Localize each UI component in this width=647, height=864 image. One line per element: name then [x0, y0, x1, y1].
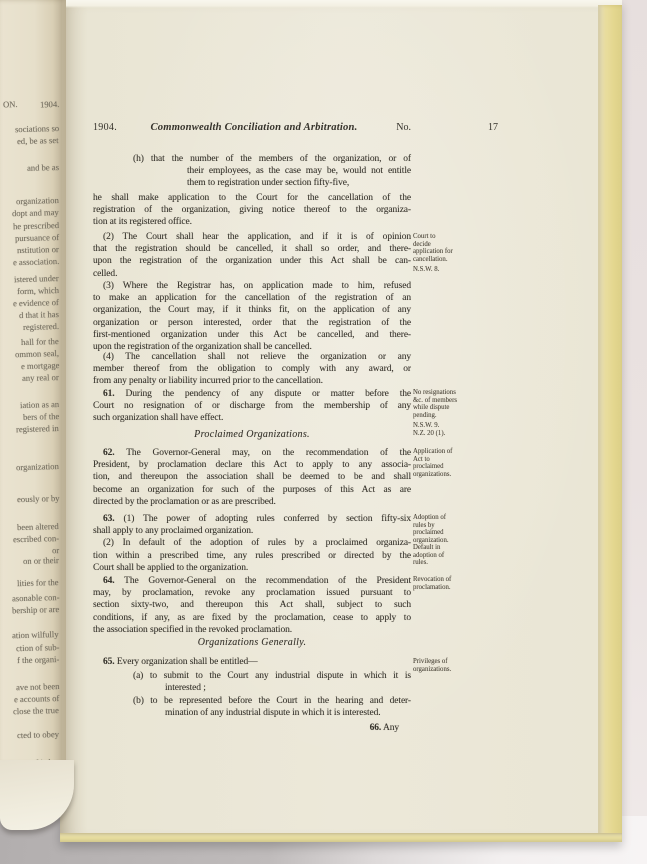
- note-line: decide: [413, 241, 495, 249]
- text-line: (h) that the number of the members of th…: [133, 153, 411, 165]
- facing-fragment: 1904.: [40, 100, 60, 110]
- facing-fragment: istered under: [14, 274, 59, 284]
- para-subsection-3: (3) Where the Registrar has, on applicat…: [93, 280, 411, 353]
- note-line: organization.: [413, 537, 495, 545]
- text-line: 66. Any: [93, 722, 411, 734]
- note-line: while dispute: [413, 404, 495, 412]
- text-line: upon the registration of the organizatio…: [93, 255, 411, 267]
- facing-fragment: ON.: [3, 100, 18, 109]
- facing-fragment: ction of sub-: [15, 643, 59, 653]
- text-line: their employees, as the case may be, wou…: [187, 165, 411, 177]
- facing-fragment: bers of the: [23, 412, 60, 422]
- facing-fragment: and be as: [27, 163, 59, 173]
- text-line: he shall make application to the Court f…: [93, 192, 411, 204]
- facing-fragment: asonable con-: [11, 593, 59, 603]
- note-line: Default in: [413, 544, 495, 552]
- item-b: (b) to be represented before the Court i…: [93, 695, 411, 719]
- text-line: Court no resignation of or discharge fro…: [93, 400, 411, 412]
- text-line: that the registration should be cancelle…: [93, 243, 411, 255]
- facing-fragment: organization: [16, 196, 59, 206]
- text-line: interested ;: [165, 682, 411, 694]
- header-year: 1904.: [93, 122, 127, 133]
- main-page: 1904. Commonwealth Conciliation and Arbi…: [60, 0, 622, 842]
- note-line: proclaimed: [413, 529, 495, 537]
- facing-fragment: e association.: [13, 257, 60, 267]
- facing-fragment: ation wilfully: [12, 630, 59, 640]
- facing-fragment: e mortgage: [20, 361, 59, 371]
- text-line: (4) The cancellation shall not relieve t…: [103, 351, 411, 363]
- facing-fragment: escribed con-: [13, 534, 59, 544]
- note-line: proclaimed: [413, 463, 495, 471]
- para-section-64: 64. The Governor-General on the recommen…: [93, 575, 411, 636]
- facing-fragment: e accounts of: [14, 694, 60, 704]
- facing-fragment: on or their: [23, 556, 59, 566]
- header-title: Commonwealth Conciliation and Arbitratio…: [127, 122, 381, 133]
- facing-fragment: f the organi-: [17, 655, 60, 665]
- note-ref: N.S.W. 9.: [413, 422, 495, 430]
- margin-note: Privileges oforganizations.: [413, 658, 495, 673]
- margin-note: Court todecideapplication forcancellatio…: [413, 233, 495, 274]
- text-line: tion, and thereupon the association shal…: [93, 471, 411, 483]
- text-line: organization, the Court may, if it think…: [93, 304, 411, 316]
- text-line: section sixty-two, and thereupon this Ac…: [93, 599, 411, 611]
- facing-fragment: registered in: [16, 424, 59, 434]
- para-section-61: 61. During the pendency of any dispute o…: [93, 388, 411, 425]
- text-line: conditions, if any, as are fixed by the …: [93, 612, 411, 624]
- facing-fragment: organization: [16, 462, 59, 472]
- note-references: N.S.W. 9.N.Z. 20 (1).: [413, 422, 495, 437]
- facing-fragment: e evidence of: [13, 298, 59, 308]
- text-line: registration of the organization, giving…: [93, 204, 411, 216]
- text-line: 64. The Governor-General on the recommen…: [103, 575, 411, 587]
- para-cancellation-application: he shall make application to the Court f…: [93, 192, 411, 229]
- heading-proclaimed-organizations: Proclaimed Organizations.: [93, 429, 411, 440]
- facing-fragment: registered.: [23, 322, 59, 332]
- header-number-label: No.: [381, 122, 411, 133]
- heading-organizations-generally: Organizations Generally.: [93, 637, 411, 648]
- text-line: become an organization for such of the p…: [93, 484, 411, 496]
- para-section-63: 63. (1) The power of adopting rules conf…: [93, 513, 411, 574]
- note-line: proclamation.: [413, 584, 495, 592]
- page-number: 17: [480, 122, 506, 133]
- text-line: (a) to submit to the Court any industria…: [133, 670, 411, 682]
- text-line: 65. Every organization shall be entitled…: [103, 656, 411, 668]
- facing-fragment: nstitution or: [17, 245, 59, 255]
- facing-fragment: form, which: [17, 286, 59, 296]
- text-line: mination of any industrial dispute in wh…: [165, 707, 411, 719]
- text-line: member thereof from the obligation to co…: [93, 363, 411, 375]
- text-line: first-mentioned organization under this …: [93, 329, 411, 341]
- text-line: (2) In default of the adoption of rules …: [103, 537, 411, 549]
- text-line: 63. (1) The power of adopting rules conf…: [103, 513, 411, 525]
- text-line: 62. The Governor-General may, on the rec…: [103, 447, 411, 459]
- note-ref: N.S.W. 8.: [413, 266, 495, 274]
- note-line: cancellation.: [413, 256, 495, 264]
- text-line: President, by proclamation declare this …: [93, 459, 411, 471]
- text-line: (b) to be represented before the Court i…: [133, 695, 411, 707]
- note-line: pending.: [413, 412, 495, 420]
- para-subsection-4: (4) The cancellation shall not relieve t…: [93, 351, 411, 388]
- text-line: Court shall be applied to the organizati…: [93, 562, 411, 574]
- text-line: to make an application for the cancellat…: [93, 292, 411, 304]
- facing-fragment: iation as an: [20, 400, 59, 410]
- facing-fragment: any real or: [22, 373, 59, 383]
- margin-note: Revocation ofproclamation.: [413, 576, 495, 591]
- para-subsection-2: (2) The Court shall hear the application…: [93, 231, 411, 280]
- facing-fragment: dopt and may: [12, 208, 59, 218]
- text-line: directed by the proclamation or as are p…: [93, 496, 411, 508]
- text-line: 61. During the pendency of any dispute o…: [103, 388, 411, 400]
- facing-fragment: sociations so: [15, 124, 59, 134]
- facing-fragment: or: [52, 546, 59, 555]
- facing-fragment: pursuance of: [15, 233, 59, 243]
- note-line: Application of: [413, 448, 495, 456]
- para-section-62: 62. The Governor-General may, on the rec…: [93, 447, 411, 508]
- note-line: organizations.: [413, 666, 495, 674]
- text-line: may, by proclamation, revoke any proclam…: [93, 587, 411, 599]
- facing-fragment: bership or are: [12, 605, 59, 615]
- text-line: them to registration under section fifty…: [187, 177, 411, 189]
- running-header: 1904. Commonwealth Conciliation and Arbi…: [93, 122, 411, 133]
- text-line: shall apply to any proclaimed organizati…: [93, 525, 411, 537]
- note-ref: N.Z. 20 (1).: [413, 430, 495, 438]
- facing-fragment: ave not been: [15, 682, 59, 692]
- text-line: tion within a prescribed time, any rules…: [93, 550, 411, 562]
- note-line: Revocation of: [413, 576, 495, 584]
- facing-fragment: eously or by: [16, 494, 59, 504]
- note-line: Adoption of: [413, 514, 495, 522]
- page-content: 1904. Commonwealth Conciliation and Arbi…: [60, 0, 622, 842]
- text-line: the association specified in the revoked…: [93, 624, 411, 636]
- margin-note: Default inadoption ofrules.: [413, 544, 495, 567]
- text-line: tion at its registered office.: [93, 216, 411, 228]
- clause-h: (h) that the number of the members of th…: [93, 153, 411, 190]
- note-line: application for: [413, 248, 495, 256]
- facing-fragment: hall for the: [21, 337, 59, 347]
- note-line: Privileges of: [413, 658, 495, 666]
- note-line: No resignations: [413, 389, 495, 397]
- text-line: celled.: [93, 268, 411, 280]
- text-line: such organization shall have effect.: [93, 412, 411, 424]
- margin-note: No resignations&c. of memberswhile dispu…: [413, 389, 495, 437]
- item-a: (a) to submit to the Court any industria…: [93, 670, 411, 694]
- facing-fragment: close the true: [13, 706, 59, 716]
- facing-fragment: lities for the: [17, 578, 59, 588]
- note-line: organizations.: [413, 471, 495, 479]
- text-line: (2) The Court shall hear the application…: [103, 231, 411, 243]
- note-line: Act to: [413, 456, 495, 464]
- facing-fragment: ed, be as set: [17, 136, 59, 146]
- facing-fragment: d that it has: [19, 310, 59, 320]
- facing-fragment: he prescribed: [13, 221, 59, 231]
- note-line: Court to: [413, 233, 495, 241]
- para-section-65: 65. Every organization shall be entitled…: [93, 656, 411, 668]
- facing-fragment: cted to obey: [17, 730, 59, 740]
- note-line: rules by: [413, 522, 495, 530]
- margin-note: Adoption ofrules byproclaimedorganizatio…: [413, 514, 495, 544]
- book-photo: ON.1904.sociations soed, be as setand be…: [0, 0, 647, 864]
- facing-page-edge: ON.1904.sociations soed, be as setand be…: [0, 0, 66, 782]
- text-line: organization or person interested, order…: [93, 317, 411, 329]
- catchword: 66. Any: [93, 722, 411, 734]
- note-line: &c. of members: [413, 397, 495, 405]
- text-line: (3) Where the Registrar has, on applicat…: [103, 280, 411, 292]
- text-line: from any penalty or liability incurred p…: [93, 375, 411, 387]
- note-line: rules.: [413, 559, 495, 567]
- note-references: N.S.W. 8.: [413, 266, 495, 274]
- margin-note: Application ofAct toproclaimedorganizati…: [413, 448, 495, 478]
- facing-fragment: been altered: [17, 522, 59, 532]
- facing-fragment: ommon seal,: [15, 349, 59, 359]
- note-line: adoption of: [413, 552, 495, 560]
